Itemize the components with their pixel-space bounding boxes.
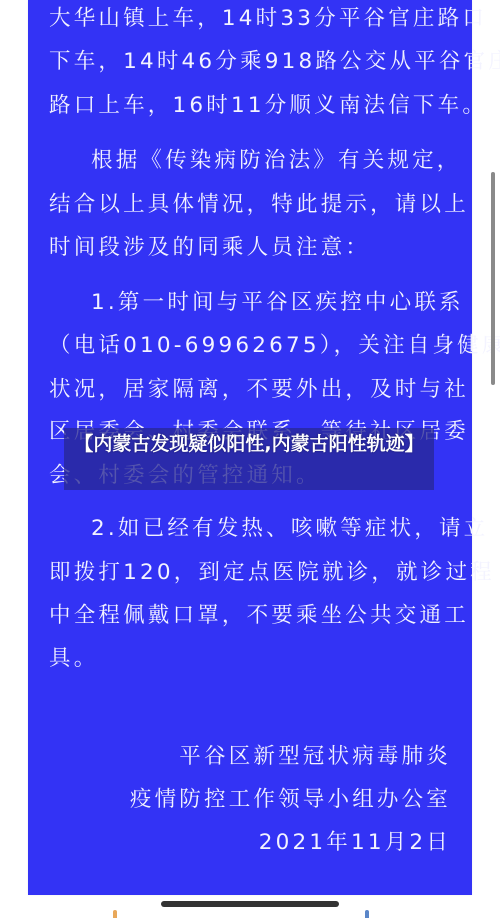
decorative-icon-left	[113, 910, 117, 918]
notice-text-line: （电话010-69962675），关注自身健康	[49, 335, 451, 357]
signature-org-line: 平谷区新型冠状病毒肺炎	[179, 746, 451, 768]
notice-text-line: 1.第一时间与平谷区疾控中心联系	[91, 292, 493, 314]
vertical-scrollbar[interactable]	[491, 172, 495, 385]
notice-text-line: 2.如已经有发热、咳嗽等症状，请立	[91, 518, 493, 540]
notice-text-line: 下车，14时46分乘918路公交从平谷官庄	[49, 51, 451, 73]
notice-text-line: 根据《传染病防治法》有关规定，	[91, 150, 493, 172]
notice-text-line: 状况，居家隔离，不要外出，及时与社	[49, 379, 451, 401]
notice-text-line: 即拨打120，到定点医院就诊，就诊过程	[49, 562, 451, 584]
decorative-icon-right	[365, 910, 369, 918]
signature-org-line: 疫情防控工作领导小组办公室	[130, 789, 451, 811]
notice-text-line: 时间段涉及的同乘人员注意：	[49, 237, 451, 259]
notice-text-line: 路口上车，16时11分顺义南法信下车。	[49, 95, 451, 117]
notice-text-line: 中全程佩戴口罩，不要乘坐公共交通工	[49, 605, 451, 627]
caption-title[interactable]: 【内蒙古发现疑似阳性,内蒙古阳性轨迹】	[64, 431, 434, 457]
notice-text-line: 结合以上具体情况，特此提示，请以上	[49, 194, 451, 216]
home-indicator[interactable]	[161, 901, 339, 907]
notice-text-line: 大华山镇上车，14时33分平谷官庄路口	[49, 8, 451, 30]
signature-date: 2021年11月2日	[259, 832, 451, 854]
notice-text-line: 具。	[49, 648, 451, 670]
